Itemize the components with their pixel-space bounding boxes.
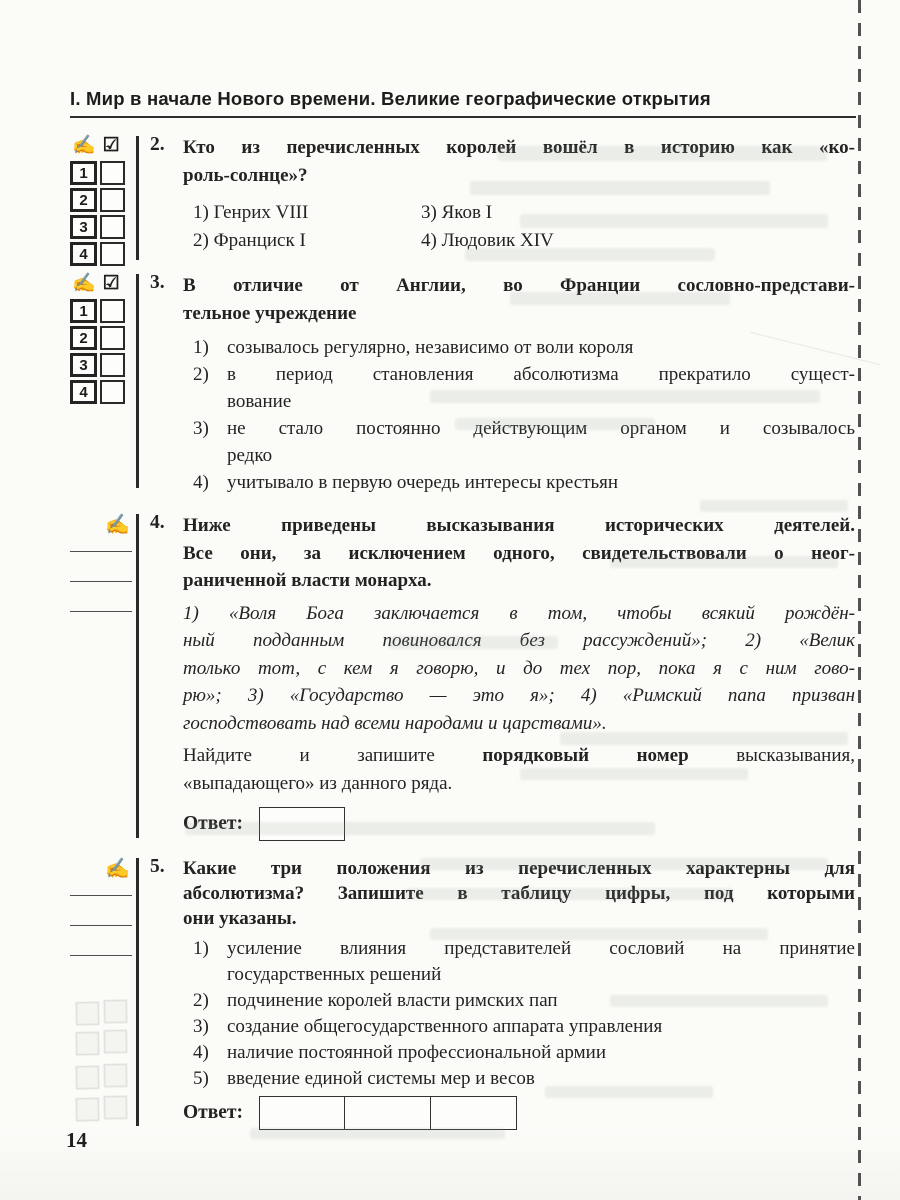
grid-answer-box[interactable] bbox=[100, 215, 125, 239]
section-header: I. Мир в начале Нового времени. Великие … bbox=[70, 88, 856, 110]
bleedthrough-artifact bbox=[104, 1096, 127, 1119]
bleedthrough-artifact bbox=[76, 1066, 99, 1089]
write-line[interactable] bbox=[70, 611, 132, 612]
grid-number: 2 bbox=[70, 188, 97, 212]
option-number: 1) bbox=[193, 334, 227, 361]
option-text: учитывало в первую очередь интересы крес… bbox=[227, 469, 855, 496]
answer-table bbox=[259, 1096, 517, 1130]
bleedthrough-artifact bbox=[76, 1002, 99, 1025]
bleedthrough-artifact bbox=[470, 181, 770, 195]
question-number: 4. bbox=[150, 512, 165, 534]
option-number: 3) bbox=[193, 1014, 227, 1040]
bleedthrough-artifact bbox=[185, 822, 655, 835]
grid-answer-box[interactable] bbox=[100, 326, 125, 350]
grid-answer-box[interactable] bbox=[100, 188, 125, 212]
grid-answer-box[interactable] bbox=[100, 353, 125, 377]
question-rule bbox=[136, 858, 139, 1126]
pencil-icon: ✍ bbox=[70, 514, 132, 536]
grid-answer-box[interactable] bbox=[100, 161, 125, 185]
bleedthrough-artifact bbox=[250, 1128, 505, 1139]
bleedthrough-artifact bbox=[510, 292, 730, 305]
write-line[interactable] bbox=[70, 955, 132, 956]
bleedthrough-artifact bbox=[560, 732, 848, 745]
question-number: 2. bbox=[150, 134, 165, 156]
question-3-margin-grid: ✍ ☑ 1 2 3 4 bbox=[70, 274, 134, 404]
grid-answer-box[interactable] bbox=[100, 380, 125, 404]
bleedthrough-artifact bbox=[76, 1032, 99, 1055]
bleedthrough-artifact bbox=[520, 768, 748, 780]
answer-cell[interactable] bbox=[345, 1096, 431, 1130]
write-line[interactable] bbox=[70, 581, 132, 582]
write-line[interactable] bbox=[70, 925, 132, 926]
question-5-margin-lines: ✍ bbox=[70, 858, 132, 956]
answer-option: 1) усиление влияния представителей сосло… bbox=[193, 936, 855, 988]
grid-number: 2 bbox=[70, 326, 97, 350]
answer-option: 1) созывалось регулярно, независимо от в… bbox=[193, 334, 855, 361]
bleedthrough-artifact bbox=[497, 146, 827, 161]
question-3: ✍ ☑ 1 2 3 4 3. В отличие от Англии, во Ф… bbox=[70, 272, 856, 496]
question-2-margin-grid: ✍ ☑ 1 2 3 4 bbox=[70, 136, 134, 266]
workbook-page: I. Мир в начале Нового времени. Великие … bbox=[0, 0, 900, 1200]
grid-answer-box[interactable] bbox=[100, 242, 125, 266]
option-text: наличие постоянной профессиональной арми… bbox=[227, 1040, 855, 1066]
bleedthrough-artifact bbox=[430, 928, 768, 940]
bleedthrough-artifact bbox=[520, 214, 828, 228]
option-number: 4) bbox=[193, 1040, 227, 1066]
page-edge-dashed-line bbox=[858, 0, 861, 1200]
question-rule bbox=[136, 274, 139, 488]
grid-number: 1 bbox=[70, 299, 97, 323]
option-number: 3) bbox=[193, 415, 227, 469]
grid-answer-box[interactable] bbox=[100, 299, 125, 323]
question-rule bbox=[136, 136, 139, 260]
grid-number: 3 bbox=[70, 215, 97, 239]
pencil-icon: ✍ bbox=[72, 274, 96, 294]
bleedthrough-artifact bbox=[610, 995, 828, 1007]
bleedthrough-artifact bbox=[104, 1000, 127, 1023]
option-text: создание общегосударственного аппарата у… bbox=[227, 1014, 855, 1040]
question-4-margin-lines: ✍ bbox=[70, 514, 132, 612]
bleedthrough-artifact bbox=[104, 1064, 127, 1087]
answer-cell[interactable] bbox=[431, 1096, 517, 1130]
instruction-line: Найдите и запишите порядковый номер выск… bbox=[183, 742, 855, 770]
bleedthrough-artifact bbox=[430, 390, 820, 403]
option-number: 2) bbox=[193, 361, 227, 415]
option-text: введение единой системы мер и весов bbox=[227, 1066, 855, 1092]
bleedthrough-artifact bbox=[104, 1030, 127, 1053]
answer-option: 3) создание общегосударственного аппарат… bbox=[193, 1014, 855, 1040]
pencil-icon: ✍ bbox=[72, 136, 96, 156]
answer-option: 4) учитывало в первую очередь интересы к… bbox=[193, 469, 855, 496]
answer-option: 1) Генрих VIII bbox=[193, 199, 421, 227]
write-line[interactable] bbox=[70, 551, 132, 552]
question-number: 5. bbox=[150, 856, 165, 878]
quote-line: только тот, с кем я говорю, и до тех пор… bbox=[183, 655, 855, 683]
question-number: 3. bbox=[150, 272, 165, 294]
option-text: созывалось регулярно, независимо от воли… bbox=[227, 334, 855, 361]
bleedthrough-artifact bbox=[76, 1098, 99, 1121]
option-number: 5) bbox=[193, 1066, 227, 1092]
answer-cell[interactable] bbox=[259, 1096, 345, 1130]
grid-number: 4 bbox=[70, 380, 97, 404]
answer-option: 2) в период становления абсолютизма прек… bbox=[193, 361, 855, 415]
grid-number: 3 bbox=[70, 353, 97, 377]
quote-line: 1) «Воля Бога заключается в том, чтобы в… bbox=[183, 600, 855, 628]
checkbox-icon: ☑ bbox=[103, 274, 120, 294]
option-number: 1) bbox=[193, 936, 227, 988]
question-statement-line: раниченной власти монарха. bbox=[183, 567, 855, 595]
bleedthrough-artifact bbox=[388, 636, 558, 649]
page-number: 14 bbox=[66, 1128, 87, 1153]
bleedthrough-artifact bbox=[610, 556, 838, 568]
bleedthrough-artifact bbox=[545, 1086, 713, 1098]
option-text: в период становления абсолютизма прекрат… bbox=[227, 361, 855, 388]
grid-number: 1 bbox=[70, 161, 97, 185]
header-rule bbox=[70, 116, 856, 118]
instruction-line: «выпадающего» из данного ряда. bbox=[183, 770, 855, 798]
answer-label: Ответ: bbox=[183, 1100, 243, 1126]
option-text: редко bbox=[227, 442, 855, 469]
grid-number: 4 bbox=[70, 242, 97, 266]
quote-line: рю»; 3) «Государство — это я»; 4) «Римск… bbox=[183, 682, 855, 710]
answer-option: 2) Франциск I bbox=[193, 227, 421, 255]
pencil-icon: ✍ bbox=[70, 858, 132, 880]
option-number: 4) bbox=[193, 469, 227, 496]
bleedthrough-artifact bbox=[700, 500, 848, 512]
checkbox-icon: ☑ bbox=[103, 136, 120, 156]
answer-option: 5) введение единой системы мер и весов bbox=[193, 1066, 855, 1092]
question-rule bbox=[136, 514, 139, 838]
answer-option: 4) наличие постоянной профессиональной а… bbox=[193, 1040, 855, 1066]
option-number: 2) bbox=[193, 988, 227, 1014]
bleedthrough-artifact bbox=[455, 418, 655, 430]
write-line[interactable] bbox=[70, 895, 132, 896]
question-statement-line: Ниже приведены высказывания исторических… bbox=[183, 512, 855, 540]
bleedthrough-artifact bbox=[465, 248, 715, 261]
option-text: государственных решений bbox=[227, 962, 855, 988]
bleedthrough-artifact bbox=[405, 888, 733, 900]
bleedthrough-artifact bbox=[420, 858, 828, 870]
